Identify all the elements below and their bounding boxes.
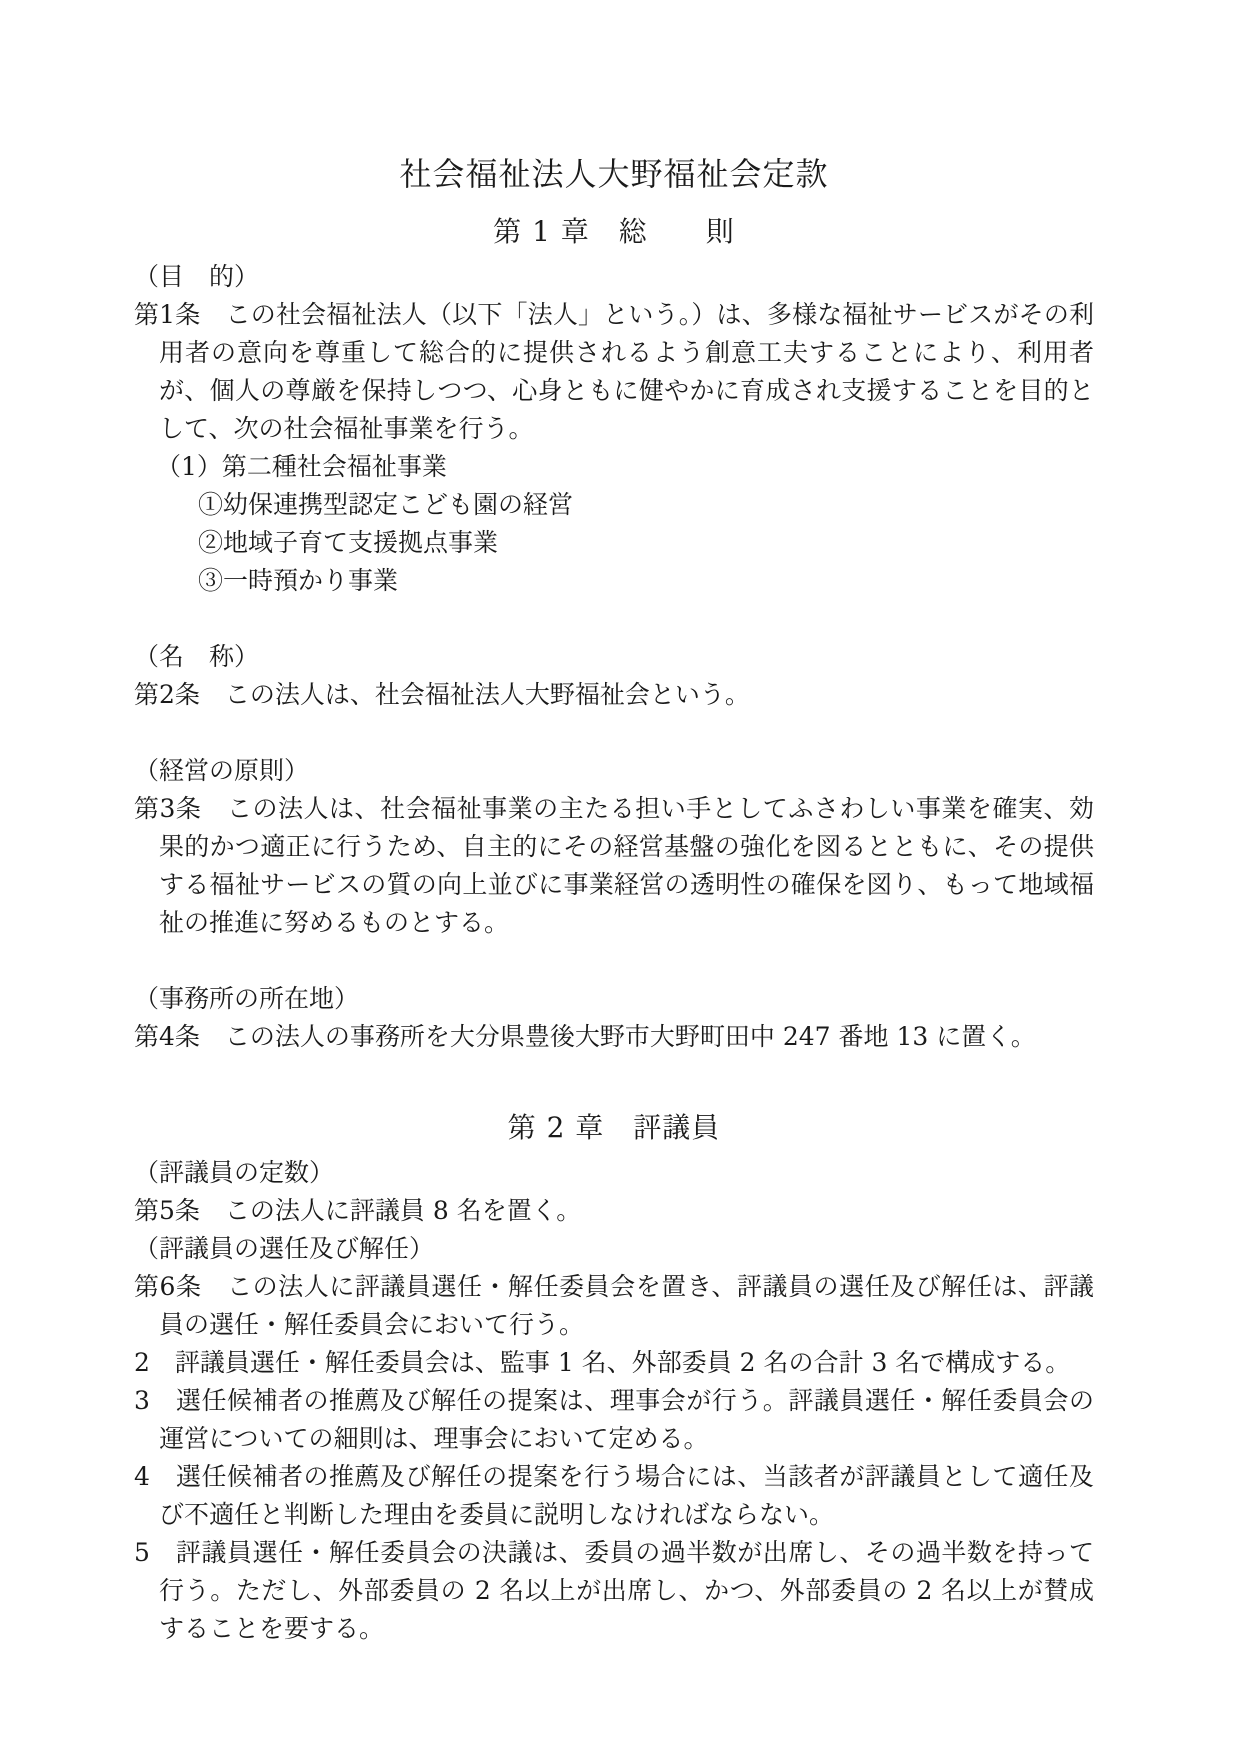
document-body: 第 1 章 総 則（目 的）第1条 この社会福祉法人（以下「法人」という。）は、… — [134, 210, 1094, 1648]
chapter-heading: 第 1 章 総 則 — [134, 210, 1094, 254]
article-paragraph: 第1条 この社会福祉法人（以下「法人」という。）は、多様な福祉サービスがその利用… — [134, 296, 1094, 448]
blank-line — [134, 1056, 1094, 1094]
clause-paragraph: 4 選任候補者の推薦及び解任の提案を行う場合には、当該者が評議員として適任及び不… — [134, 1458, 1094, 1534]
enumerated-item: （1）第二種社会福祉事業 — [134, 448, 1094, 486]
clause-paragraph: 5 評議員選任・解任委員会の決議は、委員の過半数が出席し、その過半数を持って行う… — [134, 1534, 1094, 1648]
article-paragraph: 第3条 この法人は、社会福祉事業の主たる担い手としてふさわしい事業を確実、効果的… — [134, 790, 1094, 942]
clause-paragraph: 2 評議員選任・解任委員会は、監事 1 名、外部委員 2 名の合計 3 名で構成… — [134, 1344, 1094, 1382]
blank-line — [134, 942, 1094, 980]
section-label: （目 的） — [134, 258, 1094, 296]
article-paragraph: 第4条 この法人の事務所を大分県豊後大野市大野町田中 247 番地 13 に置く… — [134, 1018, 1094, 1056]
chapter-heading: 第 2 章 評議員 — [134, 1106, 1094, 1150]
blank-line — [134, 600, 1094, 638]
article-paragraph: 第5条 この法人に評議員 8 名を置く。 — [134, 1192, 1094, 1230]
article-paragraph: 第6条 この法人に評議員選任・解任委員会を置き、評議員の選任及び解任は、評議員の… — [134, 1268, 1094, 1344]
section-label: （事務所の所在地） — [134, 980, 1094, 1018]
section-label: （経営の原則） — [134, 752, 1094, 790]
section-label: （名 称） — [134, 638, 1094, 676]
circled-item: ②地域子育て支援拠点事業 — [134, 524, 1094, 562]
circled-item: ③一時預かり事業 — [134, 562, 1094, 600]
document-title: 社会福祉法人大野福祉会定款 — [134, 150, 1094, 198]
section-label: （評議員の定数） — [134, 1154, 1094, 1192]
document-page: 社会福祉法人大野福祉会定款 第 1 章 総 則（目 的）第1条 この社会福祉法人… — [0, 0, 1241, 1755]
blank-line — [134, 714, 1094, 752]
article-paragraph: 第2条 この法人は、社会福祉法人大野福祉会という。 — [134, 676, 1094, 714]
clause-paragraph: 3 選任候補者の推薦及び解任の提案は、理事会が行う。評議員選任・解任委員会の運営… — [134, 1382, 1094, 1458]
section-label: （評議員の選任及び解任） — [134, 1230, 1094, 1268]
circled-item: ①幼保連携型認定こども園の経営 — [134, 486, 1094, 524]
